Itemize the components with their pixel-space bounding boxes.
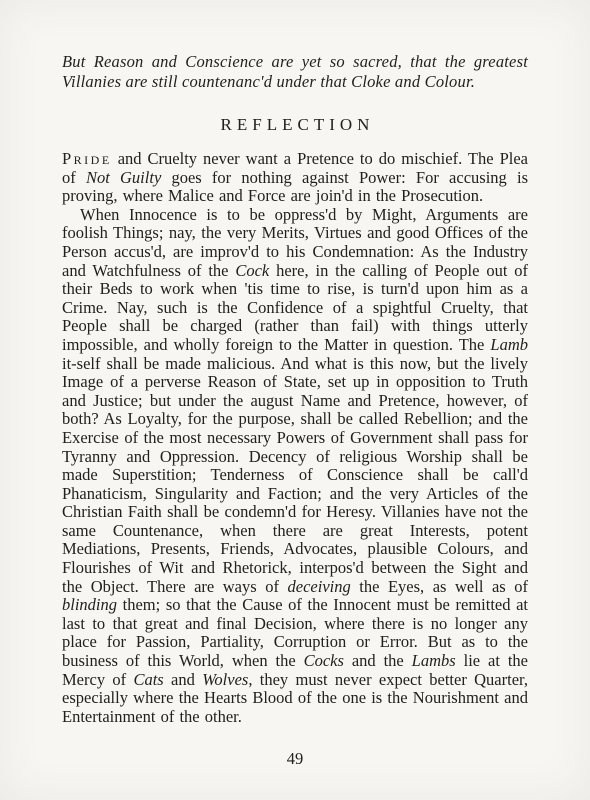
text-segment-italic: Not Guilty xyxy=(86,168,161,187)
text-segment-italic: blinding xyxy=(62,595,117,614)
text-segment: it-self shall be made malicious. And wha… xyxy=(62,354,528,596)
text-segment-italic: Lambs xyxy=(412,651,456,670)
book-page: But Reason and Conscience are yet so sac… xyxy=(0,0,590,800)
text-segment-italic: Lamb xyxy=(490,335,528,354)
paragraph: When Innocence is to be oppress'd by Mig… xyxy=(62,206,528,727)
paragraph: Pride and Cruelty never want a Pretence … xyxy=(62,150,528,206)
text-segment-italic: deceiving xyxy=(288,577,351,596)
text-segment: and xyxy=(164,670,202,689)
text-block: But Reason and Conscience are yet so sac… xyxy=(62,52,528,769)
body-text: Pride and Cruelty never want a Pretence … xyxy=(62,150,528,726)
epigraph: But Reason and Conscience are yet so sac… xyxy=(62,52,528,91)
text-segment-smallcaps: Pride xyxy=(62,149,112,168)
text-segment-italic: Wolves xyxy=(202,670,248,689)
page-number: 49 xyxy=(62,749,528,769)
text-segment-italic: Cats xyxy=(133,670,163,689)
text-segment: and the xyxy=(344,651,412,670)
text-segment: the Eyes, as well as of xyxy=(351,577,528,596)
section-heading: REFLECTION xyxy=(62,115,528,135)
text-segment-italic: Cock xyxy=(235,261,269,280)
text-segment-italic: Cocks xyxy=(304,651,344,670)
